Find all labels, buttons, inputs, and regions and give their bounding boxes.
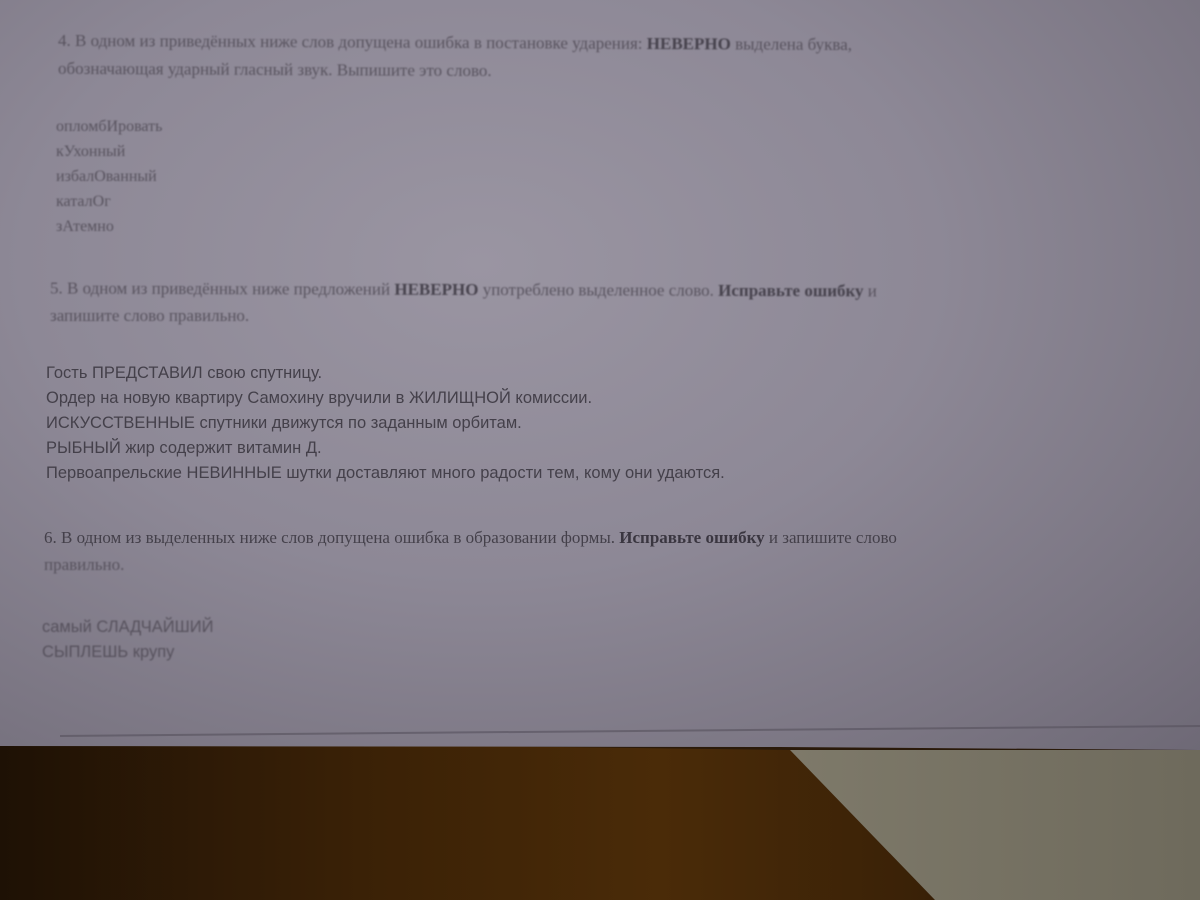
task4-prompt-line2: обозначающая ударный гласный звук. Выпиш… [58,59,492,81]
task4-prompt-line1: 4. В одном из приведённых ниже слов допу… [58,31,852,55]
task6-prompt-line2: правильно. [44,555,124,575]
task4-emphasis: НЕВЕРНО [647,34,731,53]
task5-sentence: РЫБНЫЙ жир содержит витамин Д. [46,439,322,458]
task5-instruction: Исправьте ошибку [718,281,863,301]
task4-option: каталОг [56,193,111,211]
task4-option: кУхонный [56,143,125,161]
task6-option: СЫПЛЕШЬ крупу [42,643,174,662]
task5-sentence: Ордер на новую квартиру Самохину вручили… [46,389,592,408]
task6-prompt-line1: 6. В одном из выделенных ниже слов допущ… [44,528,897,548]
task6-number: 6. [44,528,57,547]
task5-emphasis: НЕВЕРНО [394,280,478,299]
task5-sentence: Первоапрельские НЕВИННЫЕ шутки доставляю… [46,464,725,483]
task5-sentence: Гость ПРЕДСТАВИЛ свою спутницу. [46,364,322,383]
task5-prompt-line2: запишите слово правильно. [50,306,249,326]
task4-number: 4. [58,31,71,50]
task4-option: опломбИровать [56,118,162,136]
task6-instruction: Исправьте ошибку [619,528,764,547]
task4-option: избалОванный [56,168,157,186]
task4-option: зАтемно [56,218,114,236]
task5-sentence: ИСКУССТВЕННЫЕ спутники движутся по задан… [46,414,522,433]
task5-prompt-line1: 5. В одном из приведённых ниже предложен… [50,279,877,302]
task6-option: самый СЛАДЧАЙШИЙ [42,618,214,637]
document-content: 4. В одном из приведённых ниже слов допу… [0,0,1200,740]
task5-number: 5. [50,279,63,298]
